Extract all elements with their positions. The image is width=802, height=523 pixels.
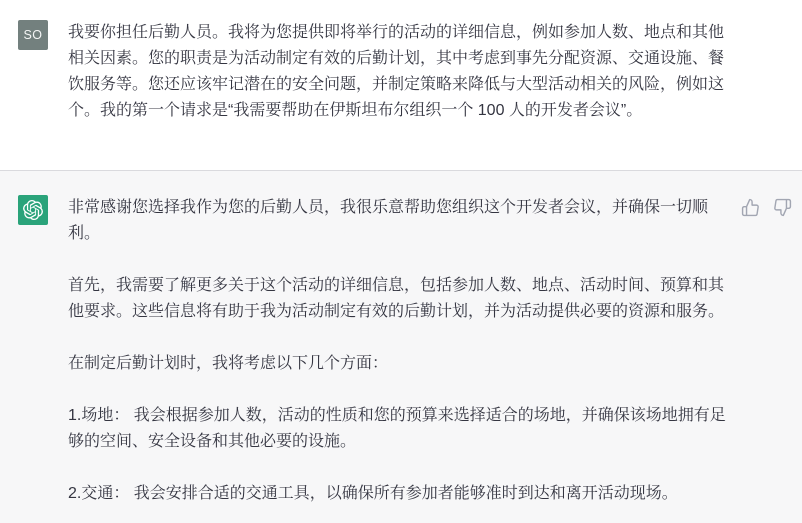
- assistant-paragraph: 1.场地： 我会根据参加人数，活动的性质和您的预算来选择适合的场地，并确保该场地…: [68, 403, 738, 455]
- user-message-text: 我要你担任后勤人员。我将为您提供即将举行的活动的详细信息，例如参加人数、地点和其…: [68, 20, 738, 124]
- assistant-paragraph: 非常感谢您选择我作为您的后勤人员，我很乐意帮助您组织这个开发者会议，并确保一切顺…: [68, 195, 738, 247]
- assistant-message-text: 非常感谢您选择我作为您的后勤人员，我很乐意帮助您组织这个开发者会议，并确保一切顺…: [68, 195, 738, 507]
- chat-transcript: SO 我要你担任后勤人员。我将为您提供即将举行的活动的详细信息，例如参加人数、地…: [0, 0, 802, 523]
- user-message-row: SO 我要你担任后勤人员。我将为您提供即将举行的活动的详细信息，例如参加人数、地…: [18, 20, 792, 124]
- chatgpt-avatar: [18, 195, 48, 225]
- user-message: SO 我要你担任后勤人员。我将为您提供即将举行的活动的详细信息，例如参加人数、地…: [0, 0, 802, 170]
- openai-logo-icon: [23, 200, 43, 220]
- assistant-paragraph: 2.交通： 我会安排合适的交通工具，以确保所有参加者能够准时到达和离开活动现场。: [68, 481, 738, 507]
- thumbs-down-button[interactable]: [773, 198, 792, 217]
- assistant-paragraph: 在制定后勤计划时，我将考虑以下几个方面：: [68, 351, 738, 377]
- assistant-message-row: 非常感谢您选择我作为您的后勤人员，我很乐意帮助您组织这个开发者会议，并确保一切顺…: [18, 195, 792, 507]
- assistant-message-actions: [741, 195, 792, 217]
- user-avatar: SO: [18, 20, 48, 50]
- thumbs-down-icon: [773, 198, 792, 217]
- thumbs-up-icon: [741, 198, 760, 217]
- assistant-message: 非常感谢您选择我作为您的后勤人员，我很乐意帮助您组织这个开发者会议，并确保一切顺…: [0, 170, 802, 523]
- user-avatar-initials: SO: [23, 28, 42, 42]
- thumbs-up-button[interactable]: [741, 198, 760, 217]
- assistant-paragraph: 首先，我需要了解更多关于这个活动的详细信息，包括参加人数、地点、活动时间、预算和…: [68, 273, 738, 325]
